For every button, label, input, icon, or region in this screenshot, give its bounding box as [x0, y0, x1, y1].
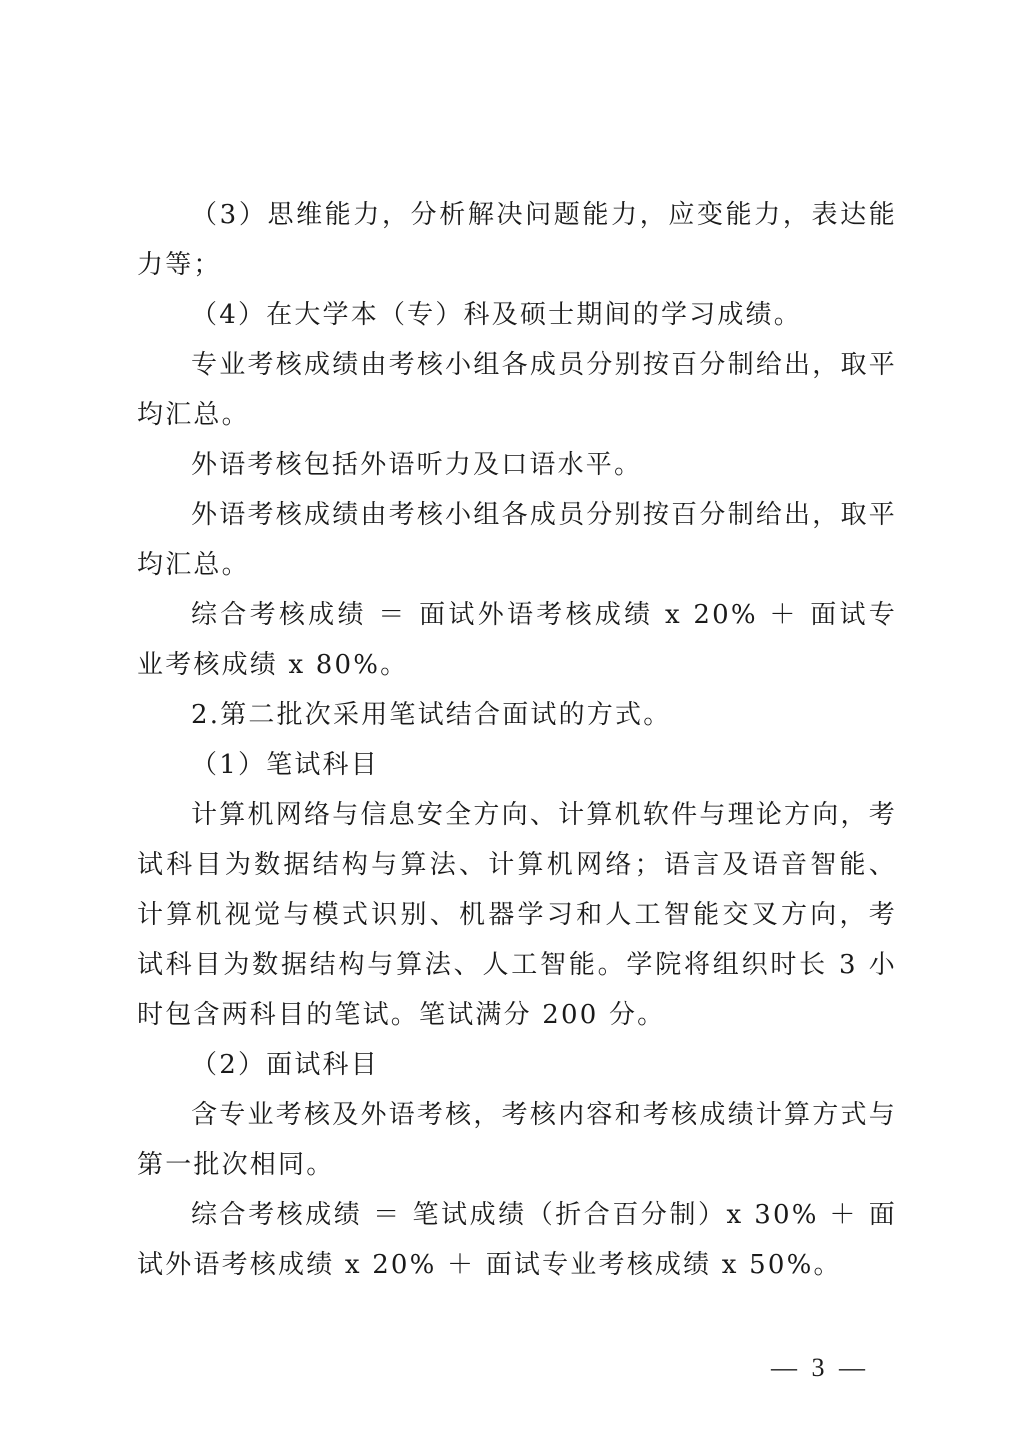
paragraph-interview-content: 含专业考核及外语考核，考核内容和考核成绩计算方式与第一批次相同。 [137, 1090, 897, 1190]
paragraph-batch1-formula: 综合考核成绩 ＝ 面试外语考核成绩 x 20% ＋ 面试专业考核成绩 x 80%… [137, 590, 897, 690]
paragraph-academic-record: （4）在大学本（专）科及硕士期间的学习成绩。 [137, 290, 897, 340]
paragraph-professional-score: 专业考核成绩由考核小组各成员分别按百分制给出，取平均汇总。 [137, 340, 897, 440]
heading-written-exam: （1）笔试科目 [137, 740, 897, 790]
document-body: （3）思维能力，分析解决问题能力，应变能力，表达能力等； （4）在大学本（专）科… [137, 190, 897, 1290]
paragraph-foreign-language-content: 外语考核包括外语听力及口语水平。 [137, 440, 897, 490]
heading-batch2: 2.第二批次采用笔试结合面试的方式。 [137, 690, 897, 740]
paragraph-batch2-formula: 综合考核成绩 ＝ 笔试成绩（折合百分制）x 30% ＋ 面试外语考核成绩 x 2… [137, 1190, 897, 1290]
paragraph-written-exam-subjects: 计算机网络与信息安全方向、计算机软件与理论方向，考试科目为数据结构与算法、计算机… [137, 790, 897, 1040]
paragraph-thinking-ability: （3）思维能力，分析解决问题能力，应变能力，表达能力等； [137, 190, 897, 290]
page-number: — 3 — [765, 1353, 875, 1383]
document-page: （3）思维能力，分析解决问题能力，应变能力，表达能力等； （4）在大学本（专）科… [0, 0, 1024, 1448]
heading-interview: （2）面试科目 [137, 1040, 897, 1090]
paragraph-foreign-language-score: 外语考核成绩由考核小组各成员分别按百分制给出，取平均汇总。 [137, 490, 897, 590]
